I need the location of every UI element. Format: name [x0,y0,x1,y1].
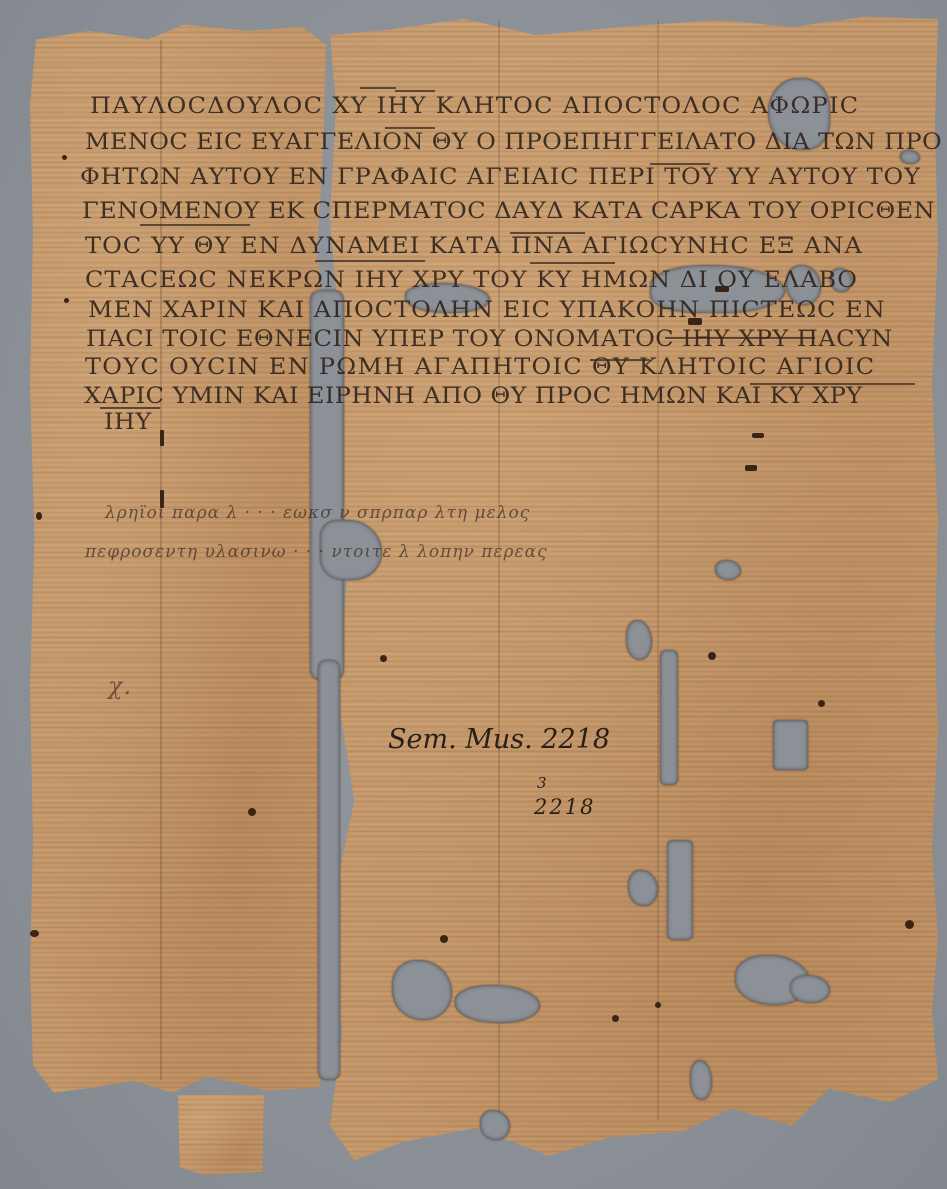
text-line: ΠΑΥΛΟCΔΟΥΛΟC ΧΥ ΙΗΥ ΚΛΗΤΟC ΑΠΟCΤΟΛΟC ΑΦΩ… [90,93,859,119]
nomen-sacrum-overline [140,224,250,226]
text-line: ΤΟΥC ΟΥCΙΝ ΕΝ ΡΩΜΗ ΑΓΑΠΗΤΟΙC ΘΥ ΚΛΗΤΟΙC … [85,354,875,380]
nomen-sacrum-overline [510,232,585,234]
catalog-label: Sem. Mus. 2218 [388,724,610,755]
text-line: ΙΗΥ [104,409,152,435]
text-line: ΧΑΡΙC ΥΜΙΝ ΚΑΙ ΕΙΡΗΝΗ ΑΠΟ ΘΥ ΠΡΟC ΗΜΩΝ Κ… [84,383,863,409]
cursive-line: λρηϊοι παρα λ · · · εωκσ ν σπρπαρ λτη με… [105,503,530,523]
marginal-mark: χ. [108,672,132,700]
catalog-superscript: 3 [537,774,549,792]
text-line: ΓΕΝΟΜΕΝΟΥ ΕΚ CΠΕΡΜΑΤΟC ΔΑΥΔ ΚΑΤΑ CΑΡΚΑ Τ… [82,198,935,224]
text-line: ΤΟC ΥΥ ΘΥ ΕΝ ΔΥΝΑΜΕΙ ΚΑΤΑ ΠΝΑ ΑΓΙΩCΥΝΗC … [85,233,863,259]
nomen-sacrum-overline [360,87,396,89]
nomen-sacrum-overline [100,407,160,409]
text-line: ΜΕΝ ΧΑΡΙΝ ΚΑΙ ΑΠΟCΤΟΛΗΝ ΕΙC ΥΠΑΚΟΗΝ ΠΙCΤ… [88,297,886,323]
nomen-sacrum-overline [750,383,915,385]
catalog-number: 2218 [534,795,595,819]
nomen-sacrum-overline [395,90,435,92]
nomen-sacrum-overline [650,163,710,165]
text-line: CΤΑCΕΩC ΝΕΚΡΩΝ ΙΗΥ ΧΡΥ ΤΟΥ ΚΥ ΗΜΩΝ ΔΙ ΟΥ… [85,267,858,293]
text-line: ΦΗΤΩΝ ΑΥΤΟΥ ΕΝ ΓΡΑΦΑΙC ΑΓΕΙΑΙC ΠΕΡΙ ΤΟΥ … [80,164,921,190]
nomen-sacrum-overline [590,359,650,361]
nomen-sacrum-overline [385,127,435,129]
text-line: ΜΕΝΟC ΕΙC ΕΥΑΓΓΕΛΙΟΝ ΘΥ Ο ΠΡΟΕΠΗΓΓΕΙΛΑΤΟ… [85,129,942,155]
nomen-sacrum-overline [530,262,615,264]
papyrus-bottom-tab [178,1095,264,1175]
cursive-line: πεφροσεντη υλασινω · · · ντοιτε λ λοπην … [85,542,548,562]
nomen-sacrum-overline [665,337,815,339]
nomen-sacrum-overline [315,260,425,262]
